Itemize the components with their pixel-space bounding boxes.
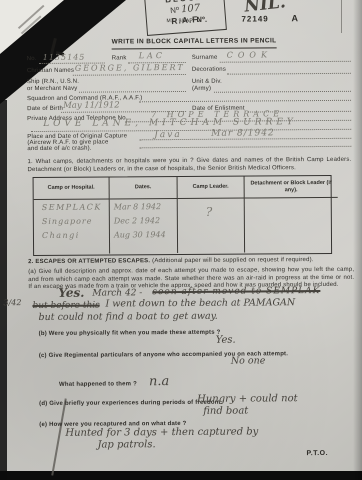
- instruction-header: WRITE IN BLOCK CAPITAL LETTERS IN PENCIL: [112, 37, 277, 49]
- surname-value: COOK: [227, 50, 272, 59]
- unit-line: [214, 90, 351, 93]
- service-no-label: No.: [27, 56, 37, 64]
- freedom-question: (d) Give briefly your experiences during…: [39, 400, 222, 409]
- section2-title: 2. ESCAPES OR ATTEMPTED ESCAPES.: [28, 258, 150, 265]
- service-no-value: 1135145: [43, 53, 86, 62]
- section2-note: (Additional paper will be supplied on re…: [152, 257, 314, 264]
- col-header-dates: Dates.: [110, 177, 178, 199]
- serial-suffix: A: [291, 13, 298, 24]
- surname-line: [220, 60, 351, 63]
- fitness-answer: Yes.: [216, 335, 236, 346]
- capture-line-2: [139, 145, 351, 148]
- recapture-answer-2: Jap patrols.: [97, 439, 155, 450]
- decorations-label: Decorations: [192, 67, 226, 75]
- section1-question: 1. What camps, detachments or hospitals …: [27, 157, 351, 174]
- serial-no-label: Nº.: [196, 15, 207, 24]
- col-header-block-leader: Detachment or Block Leader (if any).: [245, 176, 338, 199]
- capture-label-3: and date of a/c crash).: [27, 146, 91, 154]
- paper-sheet: BLOCK Nº 107 R.A.F. M.L. 9/JAP/ Nº. 7214…: [0, 0, 362, 480]
- pto-label: P.T.O.: [306, 450, 328, 459]
- escape-answer-struck-1: soon after moved to SEMPLAK: [152, 286, 320, 297]
- ml-reference: M.L. 9/JAP/: [166, 18, 194, 24]
- stamp-no-prefix: Nº: [170, 5, 179, 15]
- freedom-answer-2: find boat: [203, 406, 248, 417]
- escape-answer-yes: Yes.: [58, 286, 84, 300]
- section2-heading: 2. ESCAPES OR ATTEMPTED ESCAPES. (Additi…: [28, 257, 314, 266]
- freedom-answer-1: Hungry + could not: [197, 393, 298, 405]
- camp-leader-question-mark: ?: [206, 205, 213, 219]
- christian-names-line: [73, 73, 186, 76]
- camps-table: Camp or Hospital. Dates. Camp Leader. De…: [33, 175, 333, 256]
- escape-answer-date: March 42 -: [92, 288, 142, 298]
- christian-names-label: Christian Names: [27, 68, 74, 76]
- ship-line: [79, 90, 186, 93]
- scanned-pow-questionnaire: BLOCK Nº 107 R.A.F. M.L. 9/JAP/ Nº. 7214…: [0, 0, 362, 480]
- decorations-line: [227, 72, 351, 75]
- table-row-dates: Dec 2 1942: [114, 216, 160, 225]
- rank-value: LAC: [139, 51, 165, 60]
- address-value-2: LOVE LANE, MITCHAM SURREY: [43, 117, 297, 129]
- recapture-answer-1: Hunted for 3 days + then captured by: [65, 426, 258, 438]
- escape-margin-note: 3/42: [3, 298, 21, 307]
- col-header-camp: Camp or Hospital.: [34, 177, 110, 200]
- ship-label-2: or Merchant Navy: [27, 86, 78, 94]
- table-row-camp: Singapore: [42, 217, 93, 226]
- what-happened-answer: n.a: [149, 374, 169, 389]
- escape-answer-struck-2: but before this: [32, 301, 99, 311]
- what-happened-question: What happened to them ?: [59, 381, 137, 389]
- table-row-camp: SEMPLACK: [42, 203, 102, 212]
- unit-label-2: (Army): [192, 86, 211, 94]
- companions-answer: No one: [231, 355, 266, 366]
- escape-answer-line-2: I went down to the beach at PAMAGAN: [105, 297, 295, 309]
- rank-label: Rank: [112, 55, 127, 63]
- col-header-leader: Camp Leader.: [178, 177, 245, 199]
- table-row-dates: Aug 30 1944: [114, 230, 166, 239]
- nil-annotation: NIL.: [243, 0, 286, 17]
- table-row-camp: Changi: [42, 231, 80, 240]
- capture-place-value: Java: [154, 130, 182, 140]
- table-row-dates: Mar 8 1942: [114, 202, 161, 211]
- dob-value: May 11/1912: [63, 100, 120, 110]
- escape-answer-line-3: but could not find a boat to get away.: [38, 311, 217, 323]
- fitness-question: (b) Were you physically fit when you mad…: [39, 330, 221, 339]
- surname-label: Surname: [192, 55, 218, 63]
- squadron-line: [139, 99, 351, 102]
- christian-names-value: GEORGE, GILBERT: [75, 63, 185, 73]
- dob-label: Date of Birth: [27, 106, 63, 114]
- capture-date-value: Mar 8/1942: [211, 128, 274, 138]
